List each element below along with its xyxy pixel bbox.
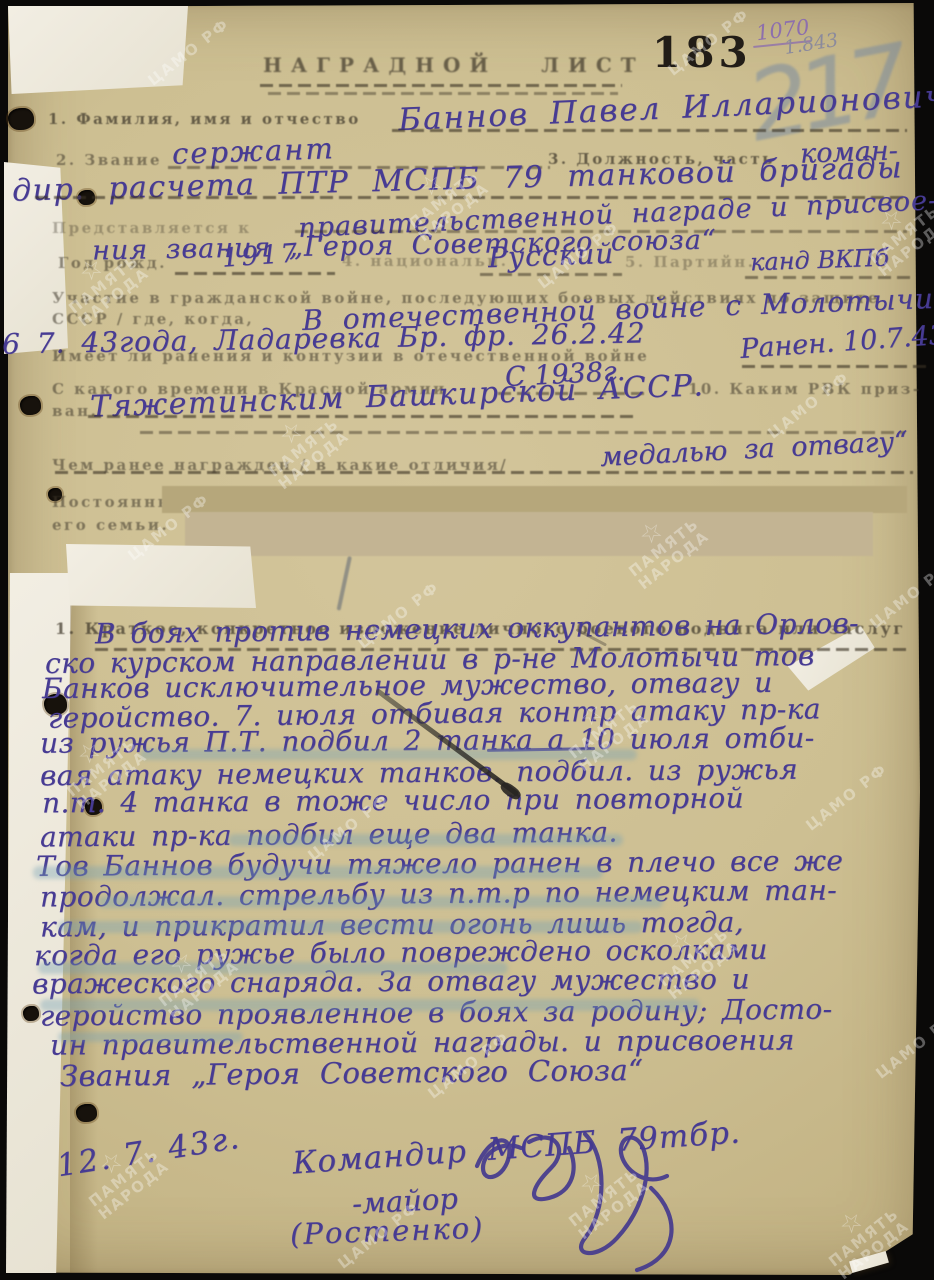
nationality-label: 4. национальн. [342,252,508,270]
party-label: 5. Партийн. [625,253,756,271]
prev-awards-underline [55,471,913,474]
page-number-stamp: 183 [652,28,752,77]
signature-flourish [455,1126,755,1276]
nationality-value: Русский [487,237,614,274]
field1-underline [392,129,907,132]
wounds-underline [742,365,928,368]
birth-year-label: Год рожд. [58,254,167,272]
document-scan: 183 1070 1.843 217 НАГРАДНОЙ ЛИСТ 1. Фам… [0,0,934,1280]
highlight-smudge [140,749,637,760]
punch-hole [20,396,41,415]
censor-bar-1 [162,486,907,513]
highlight-smudge [33,866,603,879]
title-underline [260,84,622,87]
form-title: НАГРАДНОЙ ЛИСТ [263,53,645,77]
birth-year-value: 1917 [221,238,301,273]
nationality-underline [480,273,622,276]
highlight-smudge [228,834,623,846]
white-paper-patch-top-left [8,6,188,94]
citation-line: п.т. 4 танка в тоже число при повторной [42,782,744,820]
punch-hole [8,108,34,130]
drafted-underline-1 [88,415,633,418]
censor-white-block [66,544,256,608]
punch-hole [23,1006,39,1021]
highlight-smudge [58,1032,243,1042]
field2-label: 2. Звание [56,151,162,169]
highlight-smudge [40,999,700,1011]
address-label-line2: его семьи. [52,516,169,534]
field1-label: 1. Фамилия, имя и отчество [48,110,361,128]
party-underline [745,276,913,279]
punch-hole [76,1104,97,1122]
censor-bar-2 [185,512,873,556]
highlight-smudge [58,921,643,933]
birth-year-underline [175,272,335,275]
citation-line: Звания „Героя Советского Союза“ [60,1053,644,1093]
highlight-smudge [38,962,508,974]
drafted-label-part1: 10. Каким РВК приз- [688,380,922,398]
party-value: канд ВКПб [750,244,890,277]
highlight-smudge [98,896,663,908]
